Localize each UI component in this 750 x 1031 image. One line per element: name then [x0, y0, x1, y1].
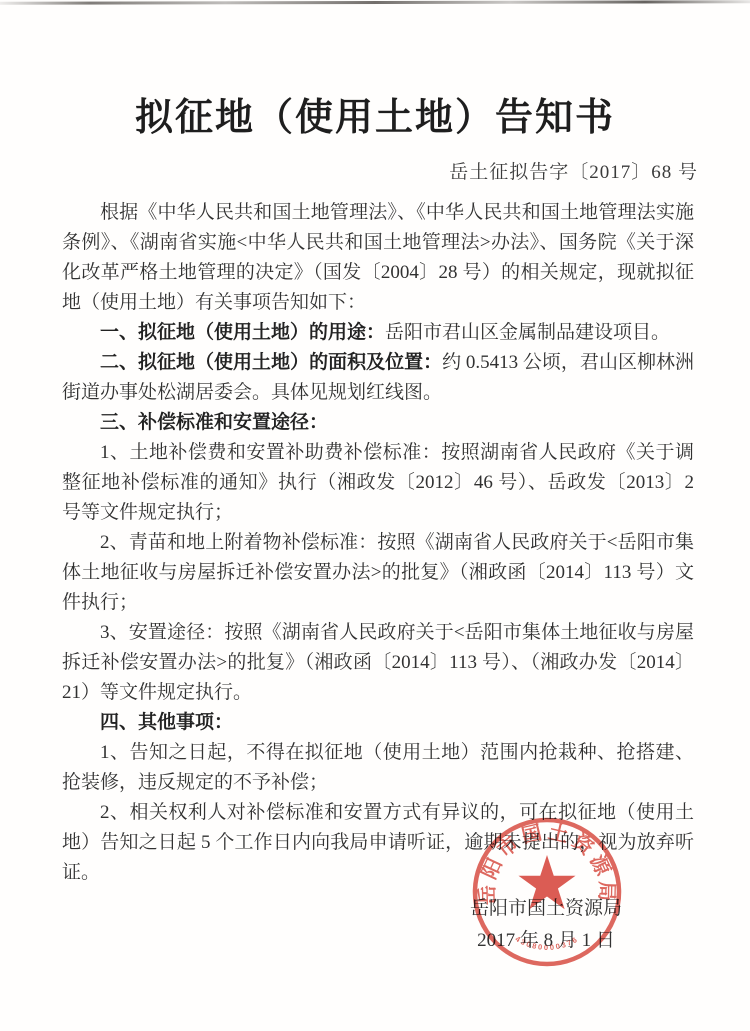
paragraph: 1、土地补偿费和安置补助费补偿标准：按照湖南省人民政府《关于调整征地补偿标准的通… [62, 438, 694, 528]
paragraph: 根据《中华人民共和国土地管理法》、《中华人民共和国土地管理法实施条例》、《湖南省… [62, 198, 694, 318]
issue-date: 2017 年 8 月 1 日 [470, 925, 622, 957]
signature-block: 岳阳市国土资源局 2017 年 8 月 1 日 [470, 893, 622, 957]
paragraph-text: 2、相关权利人对补偿标准和安置方式有异议的，可在拟征地（使用土地）告知之日起 5… [62, 802, 694, 883]
paragraph-heading: 四、其他事项： [100, 712, 233, 733]
issuing-agency: 岳阳市国土资源局 [470, 893, 622, 925]
paragraph: 四、其他事项： [62, 708, 694, 738]
document-title: 拟征地（使用土地）告知书 [0, 86, 750, 141]
paragraph-heading: 二、拟征地（使用土地）的面积及位置： [100, 352, 442, 373]
paragraph: 3、安置途径：按照《湖南省人民政府关于<岳阳市集体土地征收与房屋拆迁补偿安置办法… [62, 618, 694, 708]
paragraph-text: 岳阳市君山区金属制品建设项目。 [385, 322, 670, 343]
paragraph-text: 1、土地补偿费和安置补助费补偿标准：按照湖南省人民政府《关于调整征地补偿标准的通… [62, 442, 694, 523]
document-body: 根据《中华人民共和国土地管理法》、《中华人民共和国土地管理法实施条例》、《湖南省… [62, 198, 694, 888]
document-number: 岳土征拟告字〔2017〕68 号 [0, 157, 750, 184]
paragraph-heading: 三、补偿标准和安置途径： [100, 412, 328, 433]
paragraph: 2、青苗和地上附着物补偿标准：按照《湖南省人民政府关于<岳阳市集体土地征收与房屋… [62, 528, 694, 618]
paragraph-text: 3、安置途径：按照《湖南省人民政府关于<岳阳市集体土地征收与房屋拆迁补偿安置办法… [62, 622, 694, 703]
paragraph-text: 1、告知之日起，不得在拟征地（使用土地）范围内抢栽种、抢搭建、抢装修，违反规定的… [62, 742, 694, 793]
paragraph: 一、拟征地（使用土地）的用途：岳阳市君山区金属制品建设项目。 [62, 318, 694, 348]
paragraph-heading: 一、拟征地（使用土地）的用途： [100, 322, 385, 343]
paragraph: 2、相关权利人对补偿标准和安置方式有异议的，可在拟征地（使用土地）告知之日起 5… [62, 798, 694, 888]
scanned-document-page: 拟征地（使用土地）告知书 岳土征拟告字〔2017〕68 号 根据《中华人民共和国… [0, 0, 750, 1031]
paragraph-text: 根据《中华人民共和国土地管理法》、《中华人民共和国土地管理法实施条例》、《湖南省… [62, 202, 694, 313]
scan-artifact-line [0, 0, 750, 5]
paragraph: 1、告知之日起，不得在拟征地（使用土地）范围内抢栽种、抢搭建、抢装修，违反规定的… [62, 738, 694, 798]
paragraph-text: 2、青苗和地上附着物补偿标准：按照《湖南省人民政府关于<岳阳市集体土地征收与房屋… [62, 532, 694, 613]
paragraph: 三、补偿标准和安置途径： [62, 408, 694, 438]
paragraph: 二、拟征地（使用土地）的面积及位置：约 0.5413 公顷，君山区柳林洲街道办事… [62, 348, 694, 408]
